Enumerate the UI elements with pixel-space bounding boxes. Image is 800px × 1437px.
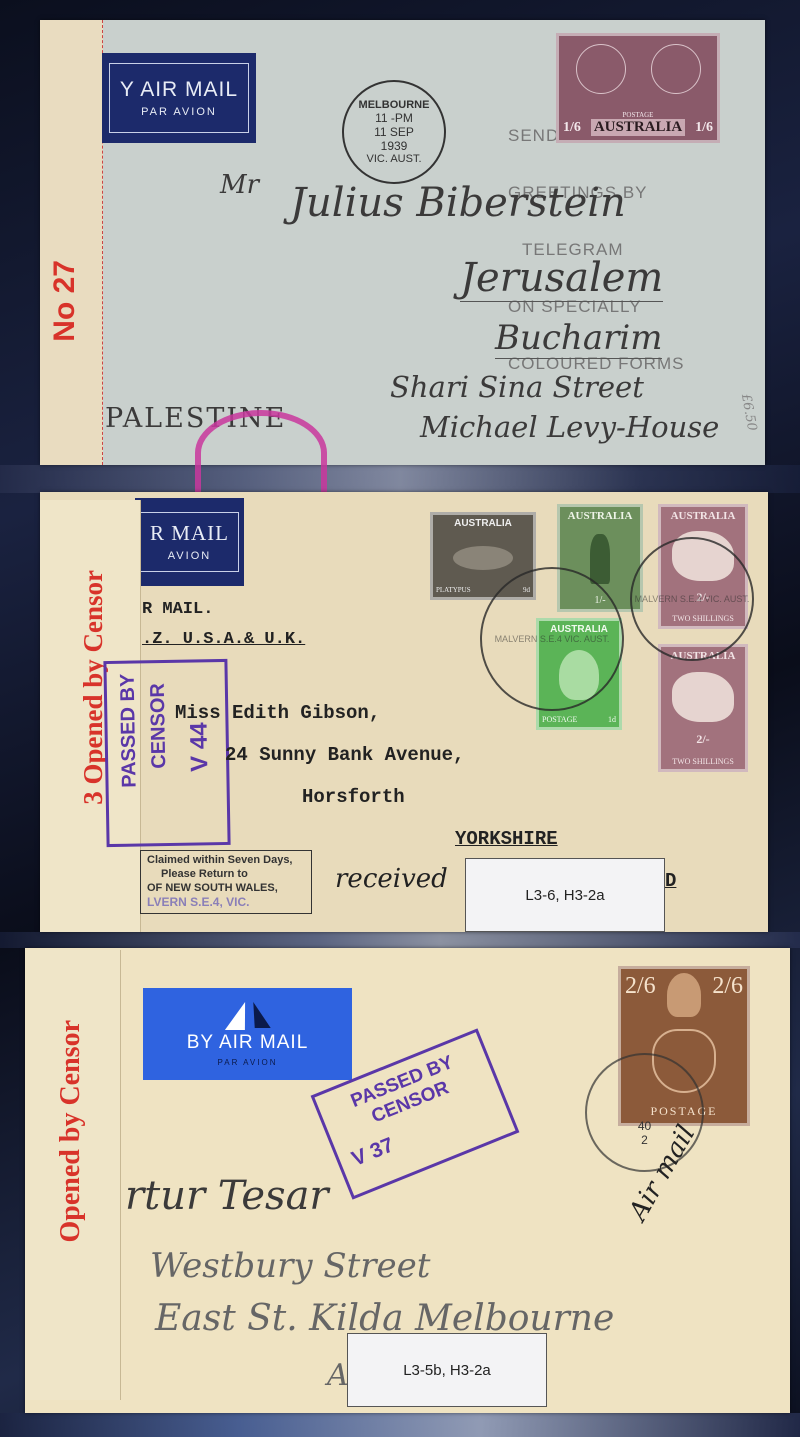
stamp-caption: POSTAGE — [591, 111, 685, 119]
address-line: D — [665, 870, 676, 892]
airmail-label-main: BY AIR MAIL — [187, 1032, 309, 1054]
postmark-year: 40 — [638, 1119, 651, 1133]
address-line: YORKSHIRE — [455, 828, 558, 850]
postmark-district: 2 — [641, 1133, 648, 1147]
envelope-cover-3: Opened by Censor BY AIR MAIL PAR AVION P… — [25, 948, 790, 1413]
stamp-caption: PLATYPUS — [436, 586, 471, 594]
stamp-kangaroo-2s: AUSTRALIA 2/- TWO SHILLINGS — [658, 644, 748, 772]
censor-strip: No 27 — [40, 20, 103, 465]
stamp-value: 1/6 — [563, 120, 581, 136]
typed-line: .Z. U.S.A.& U.K. — [142, 630, 305, 649]
envelope-cover-2: R MAIL AVION 3 Opened by Censor R MAIL. … — [40, 492, 768, 932]
address-line: Julius Biberstein — [290, 180, 626, 226]
magenta-handstamp — [195, 410, 327, 496]
address-line: Horsforth — [302, 786, 405, 808]
stamp-value: 2/- — [696, 732, 709, 747]
postmark-town: MELBOURNE — [359, 99, 430, 111]
globe-mercury-icon — [563, 40, 713, 98]
stamp-airmail-1s6: 1/6 POSTAGE AUSTRALIA 1/6 — [556, 33, 720, 143]
postmark-state: VIC. AUST. — [366, 153, 421, 165]
lyrebird-icon — [590, 534, 610, 584]
airmail-label-sub: PAR AVION — [218, 1058, 278, 1067]
address-line: Bucharim — [495, 318, 662, 359]
airmail-label-sub: AVION — [168, 550, 211, 562]
airmail-label: BY AIR MAIL PAR AVION — [143, 988, 352, 1080]
sleeve-glare — [0, 1413, 800, 1437]
sleeve-glare — [0, 465, 800, 493]
stamp-caption: TWO SHILLINGS — [672, 757, 734, 766]
censor-strip-text: No 27 — [48, 260, 82, 342]
address-line: Mr — [220, 170, 259, 200]
stamp-country: AUSTRALIA — [454, 518, 512, 529]
censor-strip: Opened by Censor — [25, 950, 121, 1400]
airmail-label-main: R MAIL — [150, 521, 229, 546]
postmark-date: 11 SEP — [374, 125, 414, 139]
airmail-label: R MAIL AVION — [135, 498, 244, 586]
censor-passed-box: PASSED BY CENSOR V 44 — [103, 659, 230, 847]
address-line: Michael Levy-House — [420, 410, 719, 444]
address-line: Miss Edith Gibson, — [175, 702, 380, 724]
kangaroo-map-icon — [672, 672, 734, 722]
address-line: rtur Tesar — [125, 1173, 329, 1219]
stamp-country: AUSTRALIA — [591, 119, 685, 136]
postmark-time: 11 -PM — [375, 111, 413, 125]
return-address-box: Claimed within Seven Days, Please Return… — [140, 850, 312, 914]
king-portrait-icon — [667, 973, 701, 1017]
address-line: A — [327, 1358, 349, 1393]
address-line: Westbury Street — [150, 1246, 430, 1286]
postmark: MELBOURNE 11 -PM 11 SEP 1939 VIC. AUST. — [342, 80, 446, 184]
wings-icon — [233, 1002, 263, 1032]
reference-label: L3-6, H3-2a — [465, 858, 665, 932]
stamp-caption: POSTAGE — [542, 715, 577, 724]
envelope-cover-1: No 27 Y AIR MAIL PAR AVION MELBOURNE 11 … — [40, 20, 765, 465]
address-line: 24 Sunny Bank Avenue, — [225, 744, 464, 766]
pencil-note: £6.50 — [738, 393, 759, 432]
censor-strip-text: Opened by Censor — [55, 1020, 87, 1242]
handwritten-note: received — [335, 864, 448, 894]
typed-line: R MAIL. — [142, 600, 213, 619]
address-line: Jerusalem — [460, 255, 663, 302]
reference-label: L3-5b, H3-2a — [347, 1333, 547, 1407]
stamp-country: AUSTRALIA — [671, 510, 736, 522]
stamp-value: 1d — [608, 715, 616, 724]
platypus-icon — [453, 546, 513, 570]
postmark: MALVERN S.E.4 VIC. AUST. — [480, 567, 624, 711]
address-line: Shari Sina Street — [390, 370, 644, 404]
airmail-label-sub: PAR AVION — [141, 106, 217, 118]
sleeve-glare — [0, 932, 800, 948]
postmark-year: 1939 — [381, 139, 408, 153]
stamp-country: AUSTRALIA — [568, 510, 633, 522]
stamp-value: 2/6 — [625, 973, 656, 1017]
airmail-label-main: Y AIR MAIL — [120, 78, 238, 102]
airmail-label: Y AIR MAIL PAR AVION — [102, 53, 256, 143]
postmark: MALVERN S.E.4 VIC. AUST. — [630, 537, 754, 661]
